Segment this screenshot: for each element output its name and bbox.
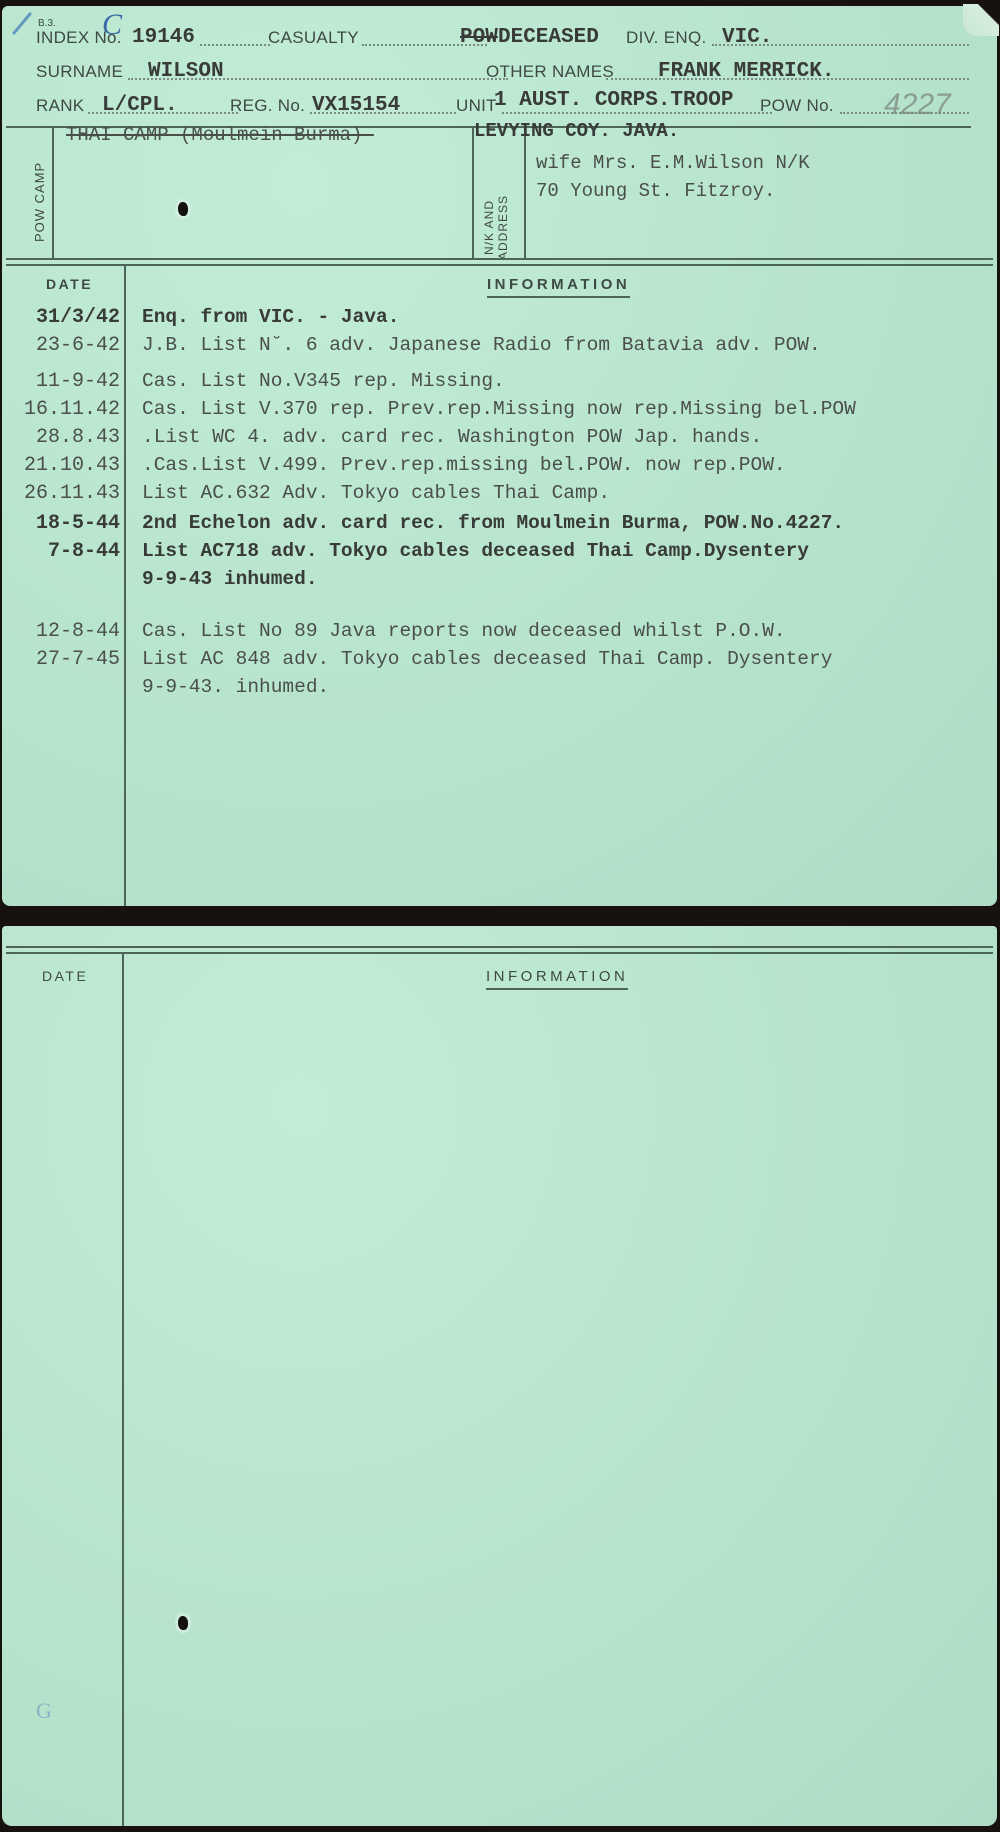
- other-names-label: OTHER NAMES: [486, 62, 614, 82]
- index-value: 19146: [132, 26, 195, 49]
- entry-text: Cas. List No 89 Java reports now decease…: [142, 620, 786, 642]
- dotted-line: [712, 44, 969, 46]
- entry-text: 9-9-43 inhumed.: [142, 568, 318, 590]
- entry-date: 21.10.43: [2, 454, 120, 477]
- rule: [6, 258, 993, 260]
- nk-label-line2: ADDRESS: [496, 195, 510, 260]
- rule: [472, 126, 474, 260]
- entry-text: .Cas.List V.499. Prev.rep.missing bel.PO…: [142, 454, 786, 476]
- casualty-card-back: DATE INFORMATION G: [2, 926, 997, 1826]
- pow-camp-label: POW CAMP: [32, 162, 47, 242]
- dotted-line: [128, 78, 508, 80]
- information-header: INFORMATION: [487, 276, 630, 298]
- casualty-value: DECEASED: [498, 26, 599, 49]
- entry-text: .List WC 4. adv. card rec. Washington PO…: [142, 426, 762, 448]
- punch-hole: [178, 202, 188, 216]
- surname-label: SURNAME: [36, 62, 123, 82]
- entry-text: 2nd Echelon adv. card rec. from Moulmein…: [142, 512, 844, 534]
- pow-no-value: 4227: [884, 88, 951, 122]
- rule: [124, 266, 126, 906]
- entry-date: 12-8-44: [2, 620, 120, 643]
- nk-address-line2: 70 Young St. Fitzroy.: [536, 180, 775, 202]
- rule: [524, 126, 526, 260]
- div-enq-label: DIV. ENQ.: [626, 28, 707, 48]
- rule: [6, 264, 993, 266]
- dotted-line: [840, 112, 969, 114]
- casualty-struck-value: POW: [460, 26, 498, 49]
- pow-no-label: POW No.: [760, 96, 834, 116]
- entry-date: 18-5-44: [2, 512, 120, 535]
- entry-text: Enq. from VIC. - Java.: [142, 306, 399, 328]
- date-header-back: DATE: [42, 968, 88, 984]
- entry-text: Cas. List No.V345 rep. Missing.: [142, 370, 505, 392]
- row-rank: RANK L/CPL. REG. No. VX15154 UNIT 1 AUST…: [32, 90, 969, 120]
- unit-value-line1: 1 AUST. CORPS.TROOP: [494, 89, 733, 112]
- dotted-line: [310, 112, 456, 114]
- rule: [122, 954, 124, 1826]
- date-header: DATE: [46, 276, 93, 292]
- rule: [52, 126, 54, 260]
- entry-date: 11-9-42: [2, 370, 120, 393]
- rank-label: RANK: [36, 96, 84, 116]
- entry-date: 16.11.42: [2, 398, 120, 421]
- dotted-line: [200, 44, 270, 46]
- index-label: INDEX No.: [36, 28, 122, 48]
- casualty-label: CASUALTY: [268, 28, 359, 48]
- punch-hole: [178, 1616, 188, 1630]
- entry-text: List AC.632 Adv. Tokyo cables Thai Camp.: [142, 482, 610, 504]
- entry-date: 27-7-45: [2, 648, 120, 671]
- rule: [6, 946, 993, 948]
- entry-text: Cas. List V.370 rep. Prev.rep.Missing no…: [142, 398, 856, 420]
- nk-address-label: N/K AND ADDRESS: [482, 195, 510, 260]
- entry-date: 7-8-44: [2, 540, 120, 563]
- entry-date: 23-6-42: [2, 334, 120, 357]
- stamp-mark: G: [36, 1698, 52, 1724]
- information-header-back: INFORMATION: [486, 968, 628, 990]
- unit-value-line2: LEVYING COY. JAVA.: [474, 120, 679, 142]
- entry-text: 9-9-43. inhumed.: [142, 676, 329, 698]
- row-surname: SURNAME WILSON OTHER NAMES FRANK MERRICK…: [32, 56, 969, 86]
- row-index: INDEX No. 19146 CASUALTY POW DECEASED DI…: [32, 22, 969, 52]
- rule: [6, 952, 993, 954]
- dotted-line: [606, 78, 969, 80]
- entry-date: 26.11.43: [2, 482, 120, 505]
- nk-label-line1: N/K AND: [482, 195, 496, 260]
- entry-text: List AC718 adv. Tokyo cables deceased Th…: [142, 540, 809, 562]
- pow-camp-value: THAI-CAMP-(Moulmein-Burma)-: [66, 124, 374, 146]
- entry-text: J.B. List N˘. 6 adv. Japanese Radio from…: [142, 334, 821, 356]
- entry-date: 28.8.43: [2, 426, 120, 449]
- dotted-line: [502, 112, 772, 114]
- entry-date: 31/3/42: [2, 306, 120, 329]
- pen-tick-mark: [12, 12, 32, 35]
- unit-label: UNIT: [456, 96, 497, 116]
- reg-no-label: REG. No.: [230, 96, 305, 116]
- nk-address-line1: wife Mrs. E.M.Wilson N/K: [536, 152, 810, 174]
- dotted-line: [88, 112, 238, 114]
- casualty-card-front: B.3. C INDEX No. 19146 CASUALTY POW DECE…: [2, 6, 997, 906]
- entry-text: List AC 848 adv. Tokyo cables deceased T…: [142, 648, 832, 670]
